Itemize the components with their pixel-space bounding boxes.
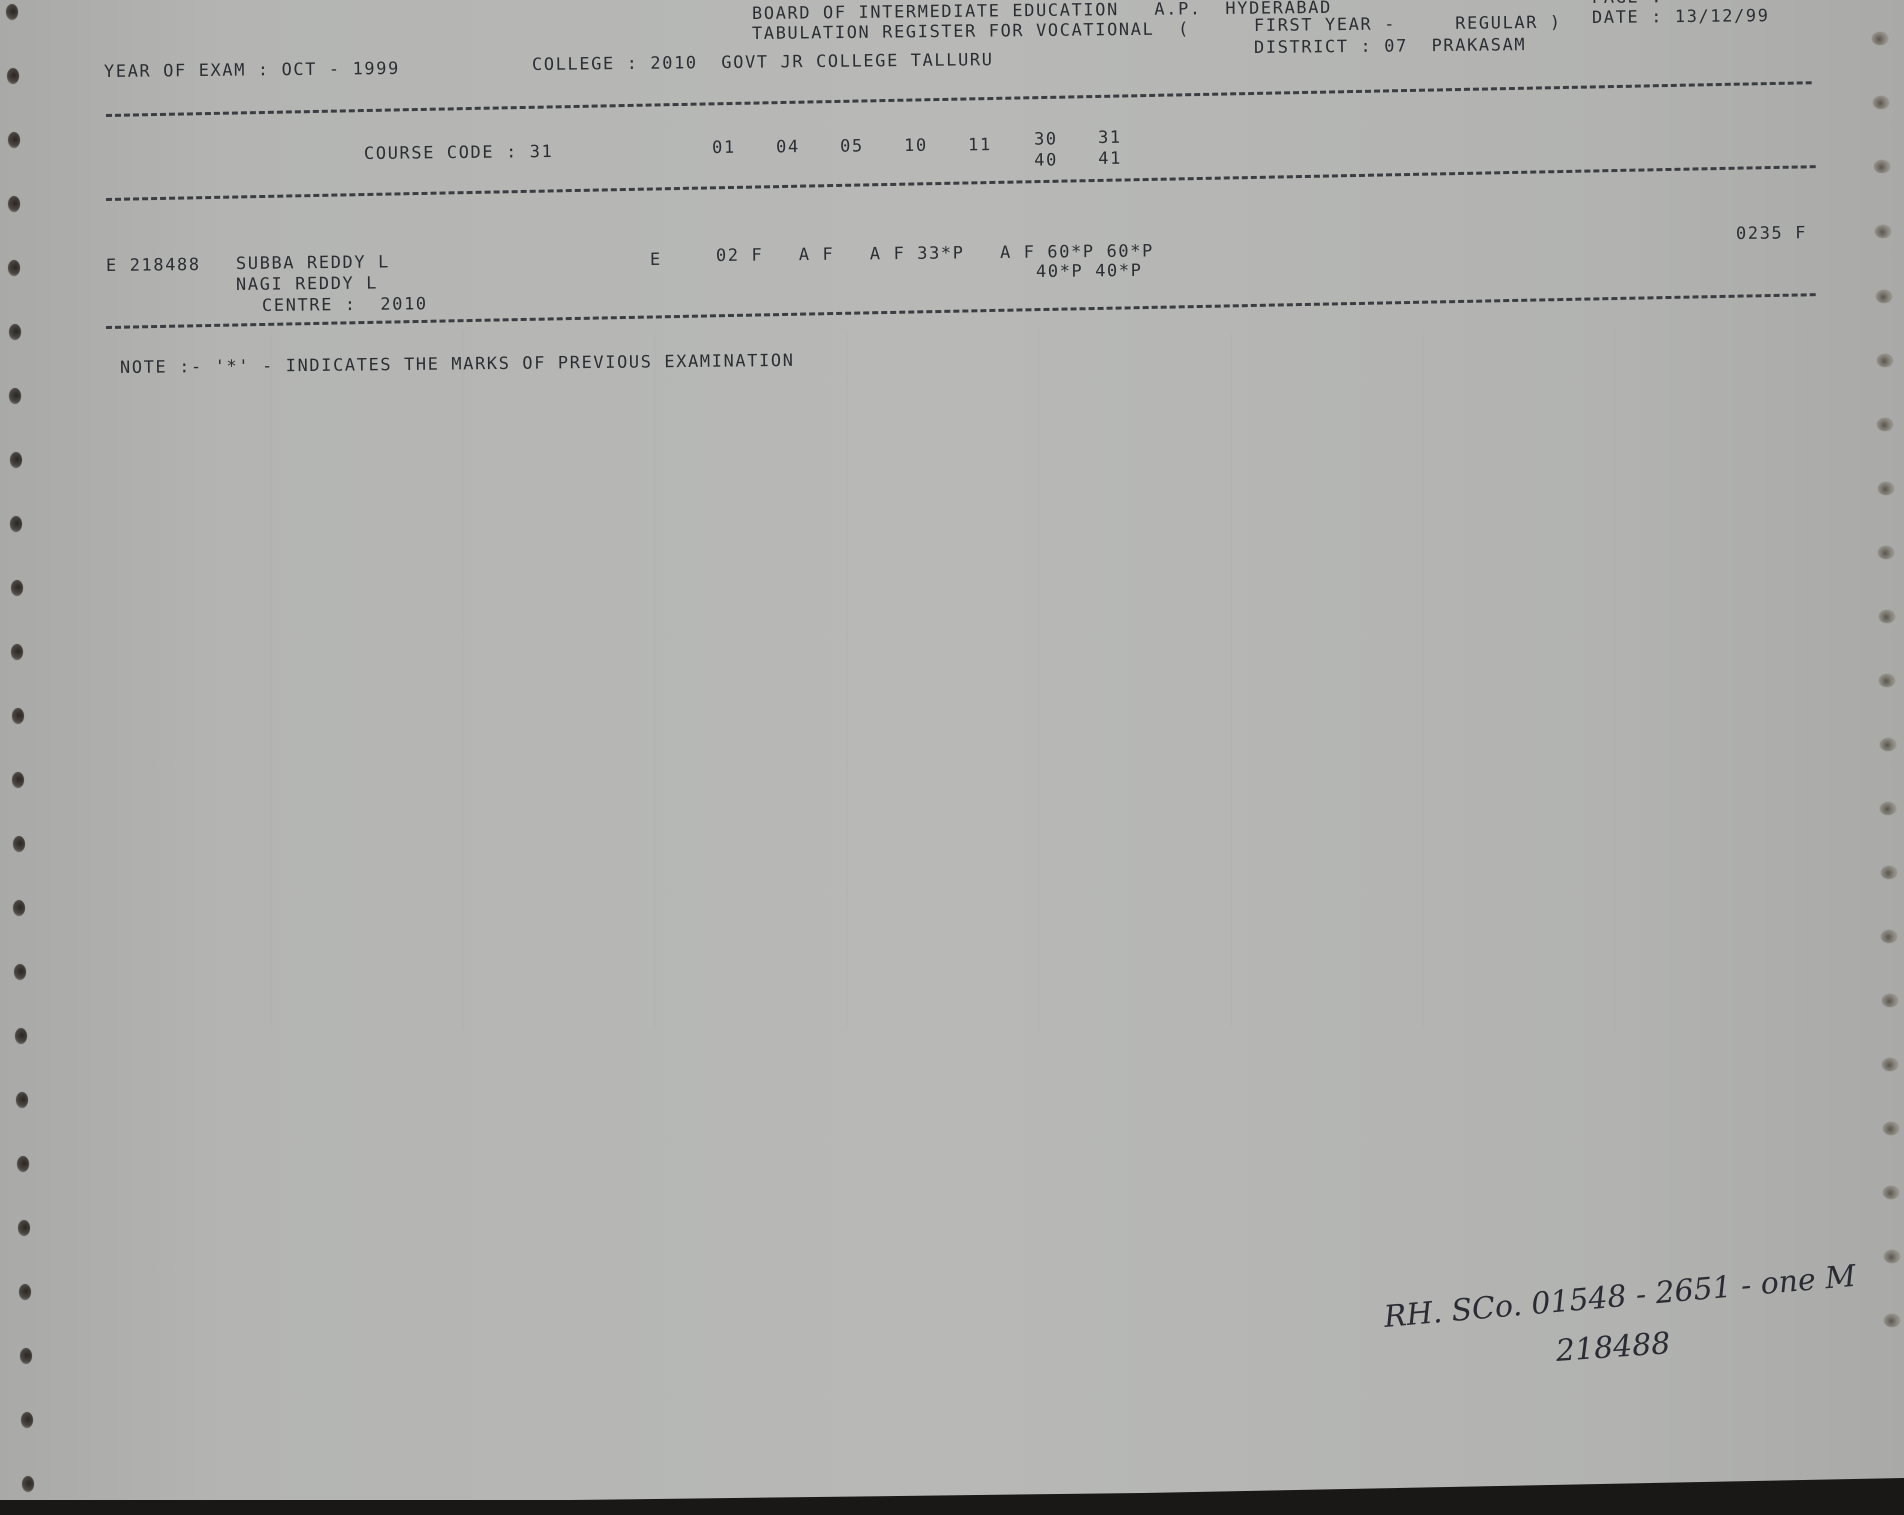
feed-hole-icon <box>8 260 20 276</box>
feed-hole-icon <box>1874 160 1890 173</box>
feed-hole-icon <box>9 388 21 404</box>
feed-hole-icon <box>1879 674 1895 687</box>
feed-hole-icon <box>1882 1058 1898 1071</box>
feed-hole-icon <box>10 452 22 468</box>
subject-code: 04 <box>776 137 800 157</box>
handwritten-note-line1: RH. SCo. 01548 - 2651 - one M <box>1382 1259 1857 1335</box>
feed-hole-icon <box>1881 866 1897 879</box>
father-name: NAGI REDDY L <box>236 274 378 295</box>
feed-hole-icon <box>1883 1186 1899 1199</box>
printout-sheet: BOARD OF INTERMEDIATE EDUCATION A.P. HYD… <box>0 0 1904 1500</box>
student-name: SUBBA REDDY L <box>236 252 390 274</box>
feed-hole-icon <box>15 1028 27 1044</box>
print-date: DATE : 13/12/99 <box>1592 6 1770 28</box>
feed-hole-icon <box>1879 610 1895 623</box>
feed-hole-icon <box>8 196 20 212</box>
feed-hole-icon <box>1884 1314 1900 1327</box>
feed-hole-icon <box>12 772 24 788</box>
feed-hole-icon <box>1878 546 1894 559</box>
feed-hole-icon <box>1880 738 1896 751</box>
district: DISTRICT : 07 PRAKASAM <box>1254 35 1526 58</box>
marks-row-2: 40*P 40*P <box>1036 261 1143 282</box>
course-code: COURSE CODE : 31 <box>364 142 554 164</box>
subject-code: 01 <box>712 138 736 158</box>
year-of-exam: YEAR OF EXAM : OCT - 1999 <box>104 59 400 82</box>
feed-hole-icon <box>13 900 25 916</box>
divider <box>106 165 1816 201</box>
feed-hole-icon <box>14 964 26 980</box>
subject-code: 30 <box>1034 129 1058 149</box>
divider <box>106 81 1812 117</box>
centre: CENTRE : 2010 <box>262 294 428 316</box>
feed-hole-icon <box>16 1092 28 1108</box>
feed-hole-icon <box>1881 930 1897 943</box>
feed-hole-icon <box>1880 802 1896 815</box>
subject-code: 41 <box>1098 149 1122 169</box>
feed-hole-icon <box>7 68 19 84</box>
feed-hole-icon <box>13 836 25 852</box>
handwritten-note-line2: 218488 <box>1555 1326 1672 1369</box>
subject-code: 10 <box>904 136 928 156</box>
register-title: TABULATION REGISTER FOR VOCATIONAL ( <box>752 19 1190 44</box>
feed-hole-icon <box>18 1220 30 1236</box>
feed-hole-icon <box>11 644 23 660</box>
feed-hole-icon <box>1878 482 1894 495</box>
feed-hole-icon <box>1873 96 1889 109</box>
subject-code: 11 <box>968 135 992 155</box>
feed-hole-icon <box>1875 225 1891 238</box>
feed-hole-icon <box>10 516 22 532</box>
feed-hole-icon <box>20 1348 32 1364</box>
feed-hole-icon <box>12 708 24 724</box>
subject-code: 40 <box>1034 150 1058 170</box>
total-result: 0235 F <box>1736 223 1807 244</box>
feed-hole-icon <box>17 1156 29 1172</box>
feed-hole-icon <box>21 1412 33 1428</box>
medium: E <box>650 250 662 270</box>
feed-hole-icon <box>1883 1122 1899 1135</box>
feed-hole-icon <box>11 580 23 596</box>
subject-code: 05 <box>840 136 864 156</box>
feed-hole-icon <box>1882 994 1898 1007</box>
feed-hole-icon <box>1884 1250 1900 1263</box>
feed-hole-icon <box>6 4 18 20</box>
feed-hole-icon <box>9 324 21 340</box>
college: COLLEGE : 2010 GOVT JR COLLEGE TALLURU <box>532 50 994 75</box>
feed-hole-icon <box>8 132 20 148</box>
feed-hole-icon <box>1876 290 1892 303</box>
feed-hole-icon <box>22 1476 34 1492</box>
feed-hole-icon <box>1877 418 1893 431</box>
hall-ticket-number: E 218488 <box>106 255 201 276</box>
show-through-bleed <box>80 330 1840 1030</box>
feed-hole-icon <box>1877 354 1893 367</box>
subject-code: 31 <box>1098 128 1122 148</box>
year-type: FIRST YEAR - REGULAR ) <box>1254 13 1562 36</box>
feed-hole-icon <box>1872 32 1888 45</box>
feed-hole-icon <box>19 1284 31 1300</box>
